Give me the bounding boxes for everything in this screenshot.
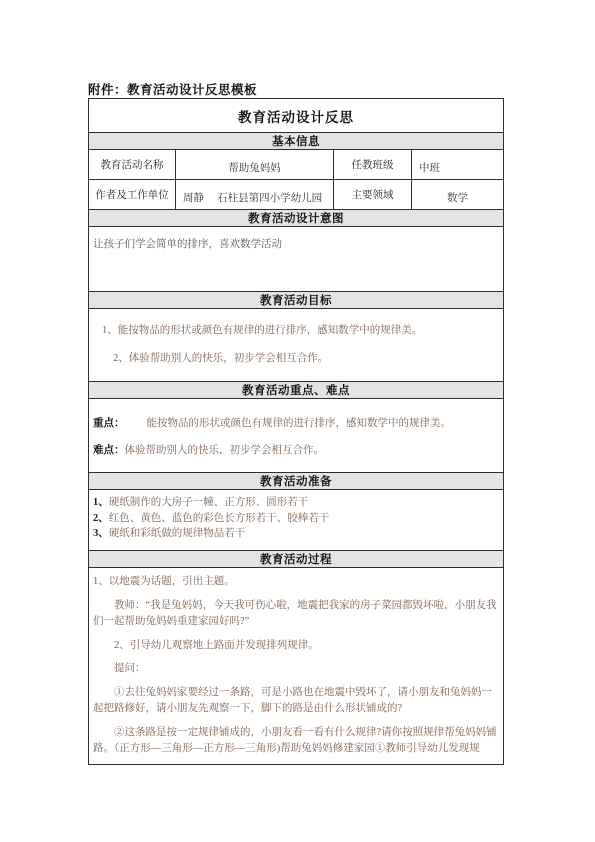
activity-name-value: 帮助兔妈妈 bbox=[176, 150, 334, 179]
focus-label: 重点： bbox=[93, 418, 125, 429]
class-label: 任教班级 bbox=[334, 150, 412, 179]
prep-item-3-text: 硬纸和彩纸做的规律物品若干 bbox=[109, 528, 246, 539]
domain-label: 主要领域 bbox=[334, 180, 412, 209]
goal-item-1: 1、能按物品的形状或颜色有规律的进行排序，感知数学中的规律美。 bbox=[102, 322, 498, 337]
domain-value: 数学 bbox=[412, 180, 503, 209]
process-para-4: 提问： bbox=[93, 661, 499, 678]
goal-item-2: 2、体验帮助别人的快乐，初步学会相互合作。 bbox=[113, 350, 498, 365]
author-value: 周静 石柱县第四小学幼儿园 bbox=[176, 180, 334, 209]
intent-text: 让孩子们学会简单的排序，喜欢数学活动 bbox=[93, 236, 498, 251]
key-points-content: 重点：能按物品的形状或颜色有规律的进行排序，感知数学中的规律美。 难点：体验帮助… bbox=[89, 399, 503, 473]
prep-item-3: 3、硬纸和彩纸做的规律物品若干 bbox=[93, 526, 498, 542]
process-para-2: 教师：“我是兔妈妈，今天我可伤心啦，地震把我家的房子菜园都毁坏啦，小朋友我们一起… bbox=[93, 598, 499, 631]
goals-content: 1、能按物品的形状或颜色有规律的进行排序，感知数学中的规律美。 2、体验帮助别人… bbox=[89, 309, 503, 382]
table-main-title: 教育活动设计反思 bbox=[89, 99, 503, 133]
section-header-key-points: 教育活动重点、难点 bbox=[89, 382, 503, 399]
prep-item-2-num: 2、 bbox=[93, 513, 109, 524]
prep-item-1: 1、硬纸制作的大房子一幢、正方形、圆形若干 bbox=[93, 495, 498, 511]
section-header-process: 教育活动过程 bbox=[89, 551, 503, 568]
section-header-preparation: 教育活动准备 bbox=[89, 473, 503, 490]
section-header-intent: 教育活动设计意图 bbox=[89, 210, 503, 227]
reflection-template-table: 教育活动设计反思 基本信息 教育活动名称 帮助兔妈妈 任教班级 中班 作者及工作… bbox=[88, 98, 504, 765]
attachment-title: 附件：教育活动设计反思模板 bbox=[88, 80, 257, 98]
basic-info-row-activity: 教育活动名称 帮助兔妈妈 任教班级 中班 bbox=[89, 150, 503, 180]
intent-content: 让孩子们学会简单的排序，喜欢数学活动 bbox=[89, 227, 503, 292]
process-content: 1、以地震为话题，引出主题。 教师：“我是兔妈妈，今天我可伤心啦，地震把我家的房… bbox=[89, 568, 503, 753]
prep-item-1-num: 1、 bbox=[93, 497, 109, 508]
focus-text: 能按物品的形状或颜色有规律的进行排序，感知数学中的规律美。 bbox=[147, 418, 452, 429]
prep-item-3-num: 3、 bbox=[93, 528, 109, 539]
basic-info-row-author: 作者及工作单位 周静 石柱县第四小学幼儿园 主要领域 数学 bbox=[89, 180, 503, 210]
preparation-content: 1、硬纸制作的大房子一幢、正方形、圆形若干 2、红色、黄色、蓝色的彩色长方形若干… bbox=[89, 490, 503, 551]
prep-item-1-text: 硬纸制作的大房子一幢、正方形、圆形若干 bbox=[109, 497, 309, 508]
difficulty-label: 难点： bbox=[93, 445, 125, 456]
process-para-6: ②这条路是按一定规律铺成的，小朋友看一看有什么规律?请你按照规律帮兔妈妈铺路。（… bbox=[93, 725, 499, 754]
class-value: 中班 bbox=[412, 150, 503, 179]
section-header-basic-info: 基本信息 bbox=[89, 133, 503, 150]
process-para-5: ①去往兔妈妈家要经过一条路，可是小路也在地震中毁坏了，请小朋友和兔妈妈一起把路修… bbox=[93, 685, 499, 718]
prep-item-2: 2、红色、黄色、蓝色的彩色长方形若干、胶棒若干 bbox=[93, 511, 498, 527]
prep-item-2-text: 红色、黄色、蓝色的彩色长方形若干、胶棒若干 bbox=[109, 513, 330, 524]
focus-line: 重点：能按物品的形状或颜色有规律的进行排序，感知数学中的规律美。 bbox=[93, 415, 498, 430]
author-label: 作者及工作单位 bbox=[89, 180, 176, 209]
process-para-3: 2、引导幼儿观察地上路面并发现排列规律。 bbox=[93, 638, 499, 655]
activity-name-label: 教育活动名称 bbox=[89, 150, 176, 179]
process-para-1: 1、以地震为话题，引出主题。 bbox=[93, 574, 499, 591]
document-page: 附件：教育活动设计反思模板 教育活动设计反思 基本信息 教育活动名称 帮助兔妈妈… bbox=[0, 0, 595, 842]
difficulty-text: 体验帮助别人的快乐，初步学会相互合作。 bbox=[125, 445, 325, 456]
section-header-goals: 教育活动目标 bbox=[89, 292, 503, 309]
difficulty-line: 难点：体验帮助别人的快乐，初步学会相互合作。 bbox=[93, 442, 498, 457]
